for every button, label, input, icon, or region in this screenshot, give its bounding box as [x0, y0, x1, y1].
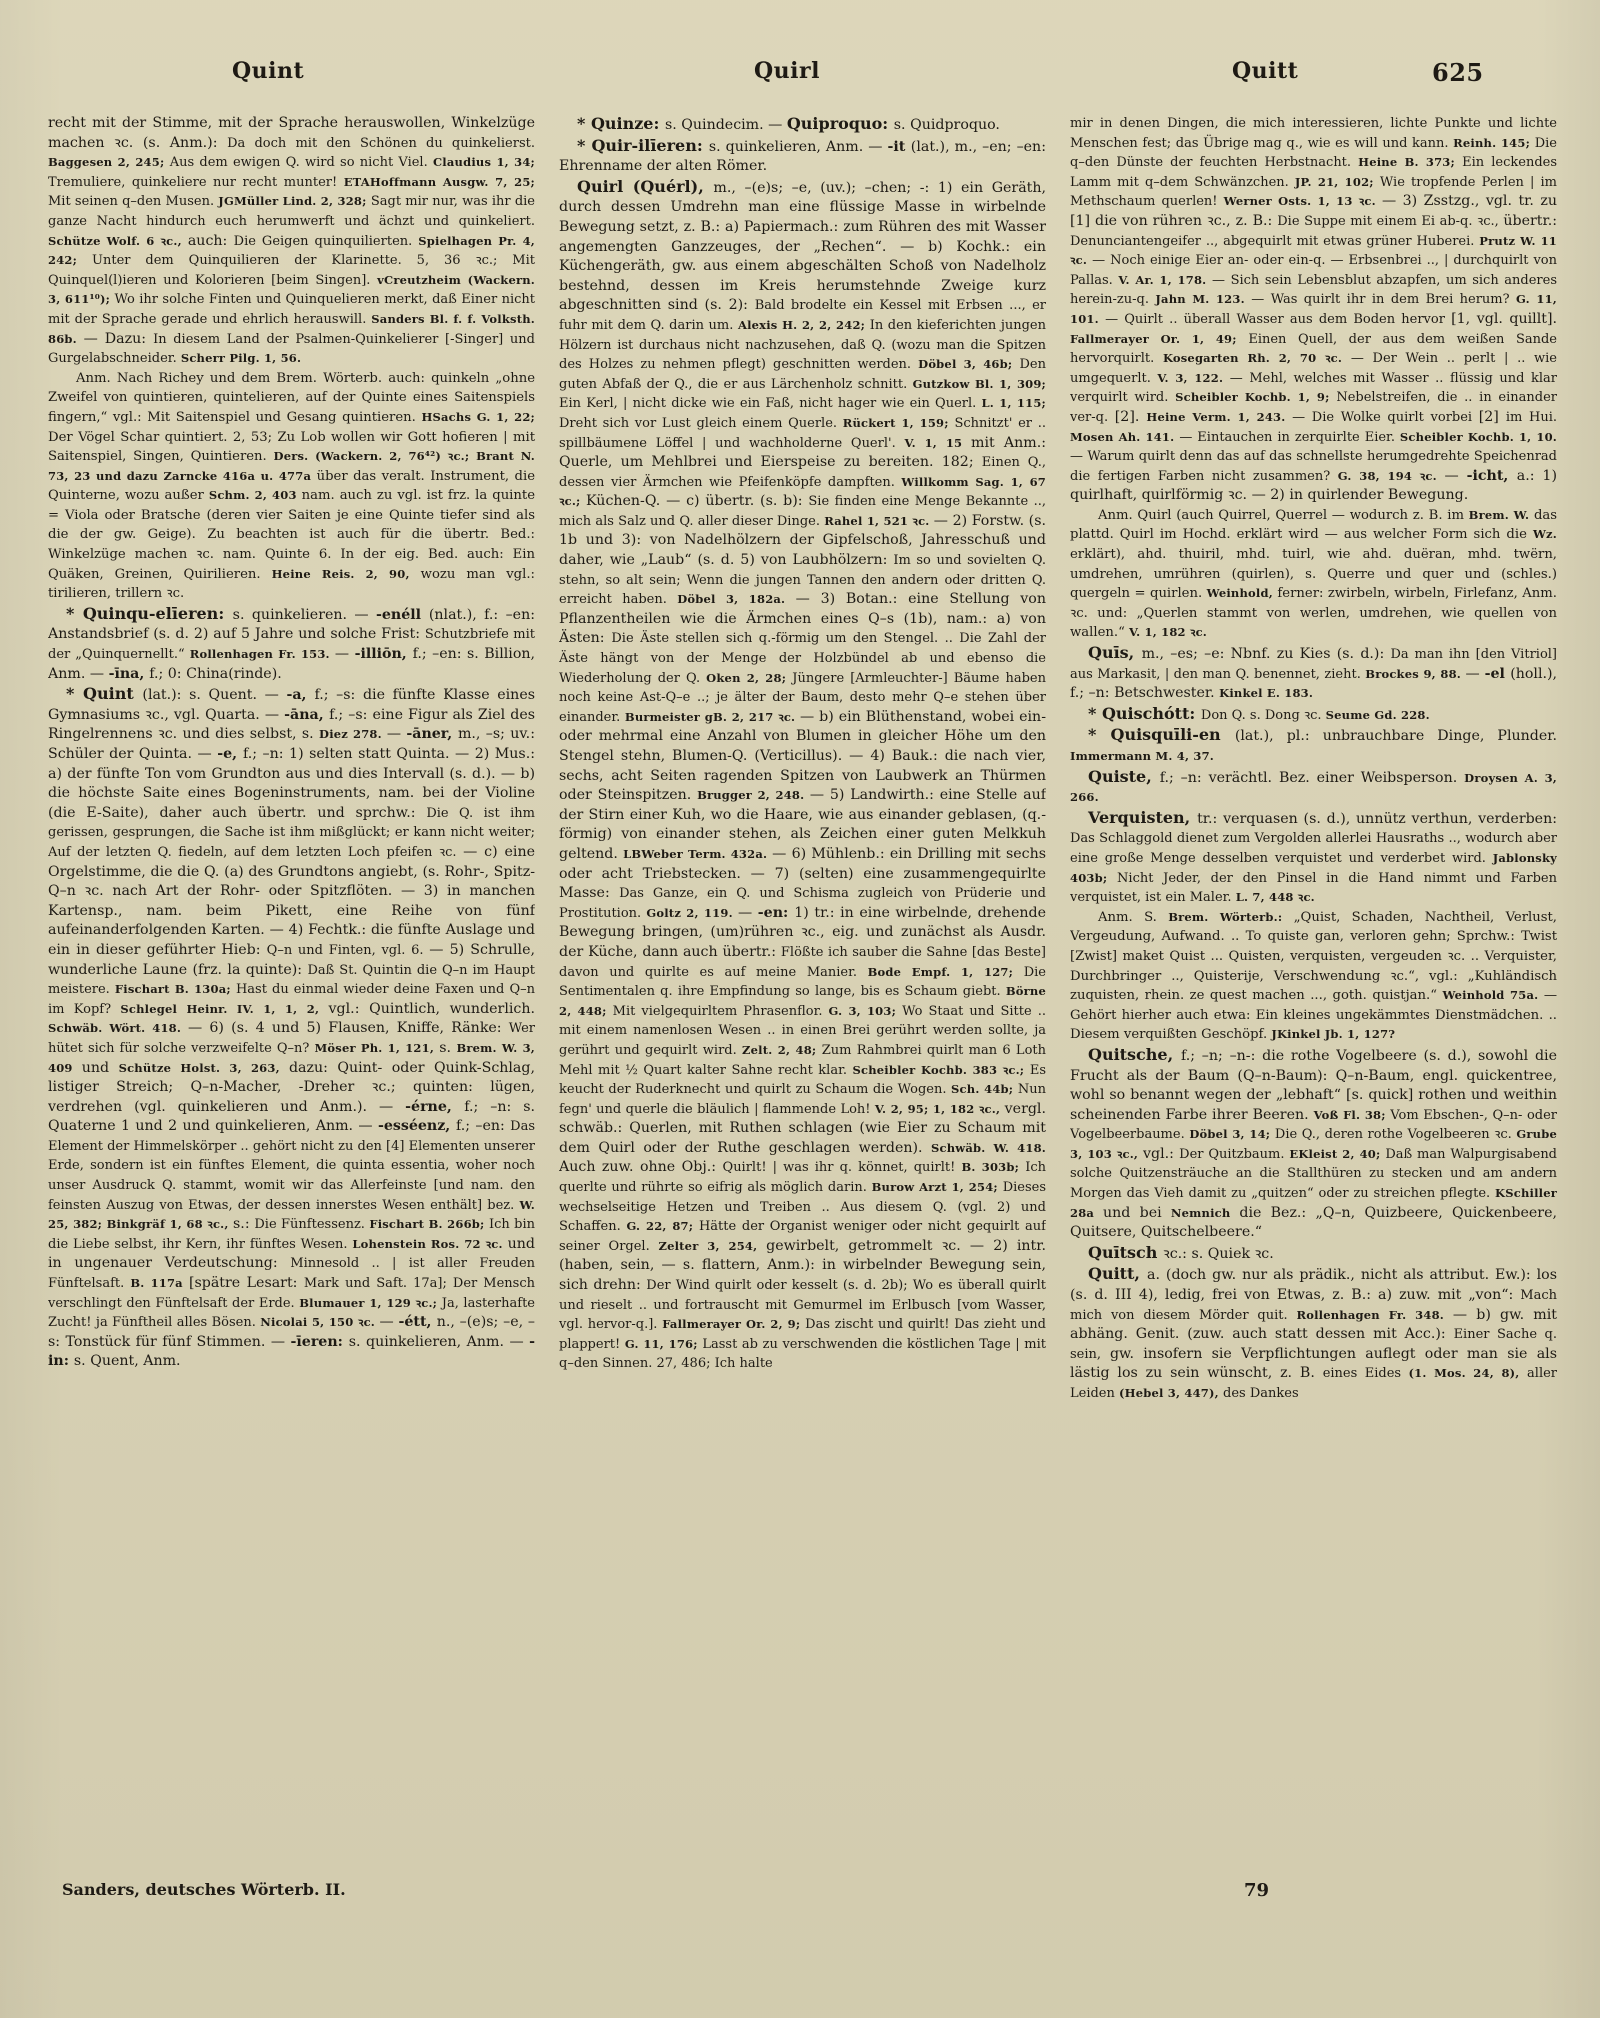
sub-headword: -it: [888, 139, 911, 155]
source-reference: Burow Arzt 1, 254;: [872, 1180, 1003, 1194]
definition-text: Auch zuw. ohne Obj.:: [559, 1159, 723, 1175]
column-right: mir in denen Dingen, die mich interessie…: [1070, 114, 1557, 1854]
sub-headword: -īeren:: [291, 1334, 349, 1350]
citation-text: Der Quitzbaum.: [1179, 1147, 1289, 1162]
definition-text: auch:: [188, 233, 234, 249]
source-reference: Werner Osts. 1, 13 ꝛc.: [1224, 194, 1382, 208]
source-reference: Kosegarten Rh. 2, 70 ꝛc.: [1163, 351, 1351, 365]
definition-text: s. quinkelieren, Anm. —: [349, 1334, 529, 1350]
dictionary-entry: Quiste, f.; –n: verächtl. Bez. einer Wei…: [1070, 767, 1557, 808]
source-reference: Heine Reis. 2, 90,: [272, 567, 421, 581]
source-reference: JKinkel Jb. 1, 127?: [1271, 1027, 1395, 1041]
running-head-left: Quint: [232, 58, 304, 84]
column-left: recht mit der Stimme, mit der Sprache he…: [48, 114, 535, 1854]
source-reference: Heine Verm. 1, 243.: [1146, 410, 1292, 424]
citation-text: Die Q., deren rothe Vogelbeeren ꝛc.: [1275, 1127, 1516, 1142]
headword: * Quischótt:: [1088, 704, 1201, 723]
dictionary-entry: Quitt, a. (doch gw. nur als prädik., nic…: [1070, 1264, 1557, 1403]
source-reference: Alexis H. 2, 2, 242;: [738, 318, 870, 332]
source-reference: ETAHoffmann Ausgw. 7, 25;: [344, 175, 535, 189]
sub-headword: -icht,: [1467, 468, 1517, 484]
definition-text: — 6) (s. 4 und 5) Flausen, Kniffe, Ränke…: [188, 1020, 509, 1036]
citation-text: — Was quirlt ihr in dem Brei herum?: [1251, 292, 1516, 307]
citation-text: Tremuliere, quinkeliere nur recht munter…: [48, 175, 344, 190]
definition-text: s. quinkelieren. —: [233, 607, 376, 623]
source-reference: Fallmerayer Or. 1, 49;: [1070, 332, 1248, 346]
definition-text: und bei: [1103, 1205, 1171, 1221]
source-reference: (Hebel 3, 447),: [1119, 1386, 1223, 1400]
source-reference: Blumauer 1, 129 ꝛc.;: [299, 1296, 442, 1310]
source-reference: Döbel 3, 182a.: [677, 592, 795, 606]
page-number: 625: [1432, 58, 1484, 87]
definition-text: s.:: [233, 1216, 254, 1232]
definition-text: —: [335, 646, 355, 662]
definition-text: m., –es; –e: Nbnf. zu Kies (s. d.):: [1142, 646, 1391, 662]
running-head-right: Quitt: [1232, 58, 1298, 84]
source-reference: Brem. Wörterb.:: [1168, 910, 1294, 924]
definition-text: —: [380, 1314, 399, 1330]
definition-text: —: [387, 726, 407, 742]
definition-text: (lat.): s. Quent. —: [142, 687, 286, 703]
headword: * Quinqu-elīeren:: [66, 604, 233, 623]
dictionary-entry: Quīs, m., –es; –e: Nbnf. zu Kies (s. d.)…: [1070, 643, 1557, 704]
definition-text: [spätre Lesart:: [189, 1275, 304, 1291]
source-reference: Schwäb. Wört. 418.: [48, 1021, 188, 1035]
headword: * Quir-ilīeren:: [577, 136, 709, 155]
source-reference: Rollenhagen Fr. 153.: [190, 647, 335, 661]
dictionary-entry: Quirl (Quérl), m., –(e)s; –e, (uv.); –ch…: [559, 177, 1046, 1374]
sheet-number: 79: [1244, 1880, 1269, 1901]
headword: * Quisquīli-en: [1088, 725, 1235, 744]
source-reference: Rückert 1, 159;: [843, 416, 955, 430]
sub-headword: -a,: [286, 687, 314, 703]
source-reference: Kinkel E. 183.: [1219, 686, 1313, 700]
source-reference: G. 11, 176;: [625, 1337, 703, 1351]
headword: Quītsch: [1088, 1243, 1163, 1262]
source-reference: LBWeber Term. 432a.: [623, 847, 772, 861]
source-reference: L. 7, 448 ꝛc.: [1236, 890, 1315, 904]
source-reference: EKleist 2, 40;: [1289, 1147, 1385, 1161]
signature-mark: Sanders, deutsches Wörterb. II.: [62, 1880, 346, 1899]
headword: Quitt,: [1088, 1264, 1147, 1283]
source-reference: Heine B. 373;: [1358, 155, 1462, 169]
definition-text: Anm. S.: [1098, 910, 1168, 925]
source-reference: G. 3, 103;: [829, 1004, 903, 1018]
citation-text: Aus dem ewigen Q. wird so nicht Viel.: [170, 155, 433, 170]
annotation-note: Anm. Nach Richey und dem Brem. Wörterb. …: [48, 369, 535, 604]
source-reference: Fischart B. 130a;: [115, 982, 236, 996]
text-columns: recht mit der Stimme, mit der Sprache he…: [48, 114, 1558, 1854]
dictionary-page: Quint Quirl Quitt 625 recht mit der Stim…: [0, 0, 1600, 2018]
source-reference: Rahel 1, 521 ꝛc.: [824, 514, 934, 528]
source-reference: Baggesen 2, 245;: [48, 155, 170, 169]
sub-headword: -īna,: [109, 666, 150, 682]
definition-text: f.; –n: verächtl. Bez. einer Weibsperson…: [1160, 770, 1464, 786]
source-reference: Brockes 9, 88.: [1365, 667, 1465, 681]
dictionary-entry: * Quisquīli-en (lat.), pl.: unbrauchbare…: [1070, 725, 1557, 766]
citation-text: Die Suppe mit einem Ei ab-q. ꝛc.,: [1277, 214, 1503, 229]
definition-text: ꝛc.: s. Quiek ꝛc.: [1163, 1246, 1274, 1262]
annotation-note: Anm. Quirl (auch Quirrel, Querrel — wodu…: [1070, 506, 1557, 643]
source-reference: Voß Fl. 38;: [1314, 1108, 1391, 1122]
sub-headword: -esséenz,: [378, 1118, 456, 1134]
source-reference: V. 1, 15: [904, 436, 971, 450]
continued-entry: mir in denen Dingen, die mich interessie…: [1070, 114, 1557, 506]
dictionary-entry: Quītsch ꝛc.: s. Quiek ꝛc.: [1070, 1243, 1557, 1265]
source-reference: Döbel 3, 46b;: [918, 357, 1019, 371]
source-reference: Diez 278.: [319, 727, 387, 741]
citation-text: Don Q. s. Dong ꝛc.: [1201, 708, 1326, 723]
dictionary-entry: Quitsche, f.; –n; –n-: die rothe Vogelbe…: [1070, 1045, 1557, 1243]
source-reference: Nicolai 5, 150 ꝛc.: [260, 1315, 379, 1329]
source-reference: B. 117a: [130, 1276, 189, 1290]
definition-text: übertr.:: [1503, 213, 1557, 229]
citation-text: Die Fünftessenz.: [254, 1217, 369, 1232]
sub-headword: -āna,: [284, 707, 329, 723]
source-reference: Brem. W.: [1469, 508, 1534, 522]
source-reference: Lohenstein Ros. 72 ꝛc.: [352, 1237, 507, 1251]
source-reference: Burmeister gB. 2, 217 ꝛc.: [625, 710, 800, 724]
source-reference: (1. Mos. 24, 8),: [1409, 1366, 1528, 1380]
headword: Quiste,: [1088, 767, 1160, 786]
definition-text: und: [82, 1060, 119, 1076]
source-reference: V. Ar. 1, 178.: [1118, 273, 1212, 287]
definition-text: [2].: [1115, 409, 1147, 425]
headword: Quīs,: [1088, 643, 1142, 662]
headword: * Quinze:: [577, 114, 665, 133]
definition-text: f.; 0: China(rinde).: [149, 666, 282, 682]
sub-headword: -illiōn,: [355, 646, 413, 662]
source-reference: L. 1, 115;: [981, 396, 1046, 410]
running-head-middle: Quirl: [754, 58, 820, 84]
citation-text: im Hui.: [1506, 410, 1557, 425]
sub-headword: -el: [1485, 666, 1511, 682]
page-footer: Sanders, deutsches Wörterb. II. 79: [0, 1880, 1600, 1920]
citation-text: Das Schlaggold dienet zum Vergolden alle…: [1070, 831, 1557, 866]
definition-text: —: [1444, 468, 1466, 484]
definition-text: s. Quent, Anm.: [74, 1353, 181, 1369]
definition-text: tr.: verquasen (s. d.), unnütz verthun, …: [1197, 811, 1557, 827]
source-reference: Jahn M. 123.: [1155, 292, 1251, 306]
definition-text: —: [1466, 666, 1485, 682]
headword: Quitsche,: [1088, 1045, 1181, 1064]
definition-text: f.; –en:: [456, 1118, 510, 1134]
source-reference: Claudius 1, 34;: [433, 155, 535, 169]
source-reference: Schlegel Heinr. IV. 1, 1, 2,: [120, 1002, 328, 1016]
citation-text: Mit seinen q–den Musen.: [48, 194, 218, 209]
citation-text: des Dankes: [1223, 1386, 1299, 1401]
sub-headword: -e,: [217, 746, 243, 762]
definition-text: s.: [439, 1040, 456, 1056]
source-reference: Fischart B. 266b;: [369, 1217, 489, 1231]
running-head: Quint Quirl Quitt 625: [0, 58, 1600, 98]
source-reference: Nemnich: [1171, 1206, 1239, 1220]
source-reference: Zelt. 2, 48;: [742, 1043, 822, 1057]
headword: Verquisten,: [1088, 808, 1197, 827]
definition-text: m., –(e)s; –e, (uv.); –chen; -: 1) ein G…: [559, 180, 1046, 314]
definition-text: Küchen-Q. — c) übertr. (s. b):: [586, 493, 808, 509]
sub-headword: -étt,: [399, 1314, 437, 1330]
annotation-note: Anm. S. Brem. Wörterb.: „Quist, Schaden,…: [1070, 908, 1557, 1045]
definition-text: [2]: [1479, 409, 1506, 425]
continued-entry: recht mit der Stimme, mit der Sprache he…: [48, 114, 535, 369]
source-reference: Brugger 2, 248.: [697, 788, 810, 802]
citation-text: Da doch mit den Schönen du quinkelierst.: [227, 136, 535, 151]
citation-text: Ein Kerl, | nicht dicke wie ein Faß, nic…: [559, 396, 981, 411]
source-reference: G. 38, 194 ꝛc.: [1338, 469, 1445, 483]
sub-headword: -āner,: [406, 726, 458, 742]
source-reference: Döbel 3, 14;: [1189, 1127, 1275, 1141]
source-reference: V. 1, 182 ꝛc.: [1129, 625, 1207, 639]
source-reference: Scheibler Kochb. 383 ꝛc.;: [853, 1063, 1030, 1077]
sub-headword: -enéll: [376, 607, 429, 623]
citation-text: — Die Wolke quirlt vorbei: [1292, 410, 1479, 425]
source-reference: Rollenhagen Fr. 348.: [1296, 1308, 1452, 1322]
citation-text: Quirlt! | was ihr q. könnet, quirlt!: [723, 1160, 962, 1175]
source-reference: Sch. 44b;: [951, 1082, 1018, 1096]
definition-text: — c) eine Orgelstimme, die die Q. (a) de…: [48, 844, 535, 958]
source-reference: Schwäb. W. 418.: [931, 1141, 1046, 1155]
source-reference: Bode Empf. 1, 127;: [868, 965, 1024, 979]
dictionary-entry: * Quinqu-elīeren: s. quinkelieren. — -en…: [48, 604, 535, 684]
source-reference: JP. 21, 102;: [1295, 175, 1380, 189]
source-reference: Scheibler Kochb. 1, 10.: [1400, 430, 1557, 444]
sub-headword: -en:: [758, 905, 794, 921]
definition-text: vgl.:: [1143, 1146, 1179, 1162]
source-reference: Scheibler Kochb. 1, 9;: [1175, 390, 1336, 404]
sub-headword: -érne,: [405, 1099, 464, 1115]
headword: Quirl (Quérl),: [577, 177, 713, 196]
definition-text: s. Quindecim. —: [665, 117, 787, 133]
source-reference: Immermann M. 4, 37.: [1070, 749, 1214, 763]
source-reference: Schütze Wolf. 6 ꝛc.,: [48, 234, 188, 248]
definition-text: s. Quidproquo.: [894, 117, 1000, 133]
source-reference: Wz.: [1533, 527, 1557, 541]
dictionary-entry: * Quir-ilīeren: s. quinkelieren, Anm. — …: [559, 136, 1046, 177]
citation-text: Q–n und Finten, vgl. 6.: [267, 943, 430, 958]
definition-text: — Dazu:: [84, 331, 153, 347]
source-reference: Reinh. 145;: [1453, 136, 1535, 150]
citation-text: Denunciantengeifer .., abgequirlt mit et…: [1070, 234, 1479, 249]
source-reference: Gutzkow Bl. 1, 309;: [913, 377, 1046, 391]
definition-text: s. quinkelieren, Anm. —: [709, 139, 888, 155]
source-reference: Seume Gd. 228.: [1326, 708, 1430, 722]
source-reference: Scherr Pilg. 1, 56.: [181, 351, 301, 365]
definition-text: [1, vgl. quillt].: [1451, 311, 1557, 327]
dictionary-entry: Verquisten, tr.: verquasen (s. d.), unnü…: [1070, 808, 1557, 908]
source-reference: G. 22, 87;: [626, 1219, 699, 1233]
source-reference: V. 2, 95; 1, 182 ꝛc.,: [875, 1102, 1005, 1116]
source-reference: Fallmerayer Or. 2, 9;: [662, 1317, 805, 1331]
source-reference: B. 303b;: [961, 1160, 1025, 1174]
definition-text: —: [738, 905, 758, 921]
source-reference: V. 3, 122.: [1157, 371, 1229, 385]
citation-text: Die Geigen quinquilierten.: [234, 234, 419, 249]
dictionary-entry: * Quint (lat.): s. Quent. — -a, f.; –s: …: [48, 684, 535, 1372]
source-reference: Zelter 3, 254,: [658, 1239, 766, 1253]
citation-text: — Eintauchen in zerquirlte Eier.: [1179, 430, 1400, 445]
source-reference: Weinhold 75a.: [1442, 988, 1543, 1002]
citation-text: Dreht sich vor Lust gleich einem Querle.: [559, 416, 843, 431]
source-reference: Mosen Ah. 141.: [1070, 430, 1179, 444]
source-reference: Schütze Holst. 3, 263,: [119, 1061, 289, 1075]
definition-text: (lat.), pl.: unbrauchbare Dinge, Plunder…: [1235, 728, 1557, 744]
source-reference: HSachs G. 1, 22;: [421, 410, 535, 424]
column-middle: * Quinze: s. Quindecim. — Quiproquo: s. …: [559, 114, 1046, 1854]
source-reference: Oken 2, 28;: [706, 671, 792, 685]
definition-text: vgl.: Quintlich, wunderlich.: [329, 1001, 535, 1017]
headword: * Quint: [66, 684, 142, 703]
source-reference: JGMüller Lind. 2, 328;: [218, 194, 371, 208]
source-reference: Goltz 2, 119.: [646, 906, 738, 920]
citation-text: Mit vielgequirltem Phrasenflor.: [613, 1004, 829, 1019]
citation-text: — Quirlt .. überall Wasser aus dem Boden…: [1105, 312, 1451, 327]
headword: Quiproquo:: [787, 114, 894, 133]
source-reference: Weinhold,: [1207, 586, 1278, 600]
dictionary-entry: * Quinze: s. Quindecim. — Quiproquo: s. …: [559, 114, 1046, 136]
citation-text: eines Eides: [1323, 1366, 1409, 1381]
source-reference: Möser Ph. 1, 121,: [314, 1041, 439, 1055]
source-reference: Schm. 2, 403: [209, 488, 302, 502]
definition-text: Anm. Quirl (auch Quirrel, Querrel — wodu…: [1098, 508, 1469, 523]
dictionary-entry: * Quischótt: Don Q. s. Dong ꝛc. Seume Gd…: [1070, 704, 1557, 726]
